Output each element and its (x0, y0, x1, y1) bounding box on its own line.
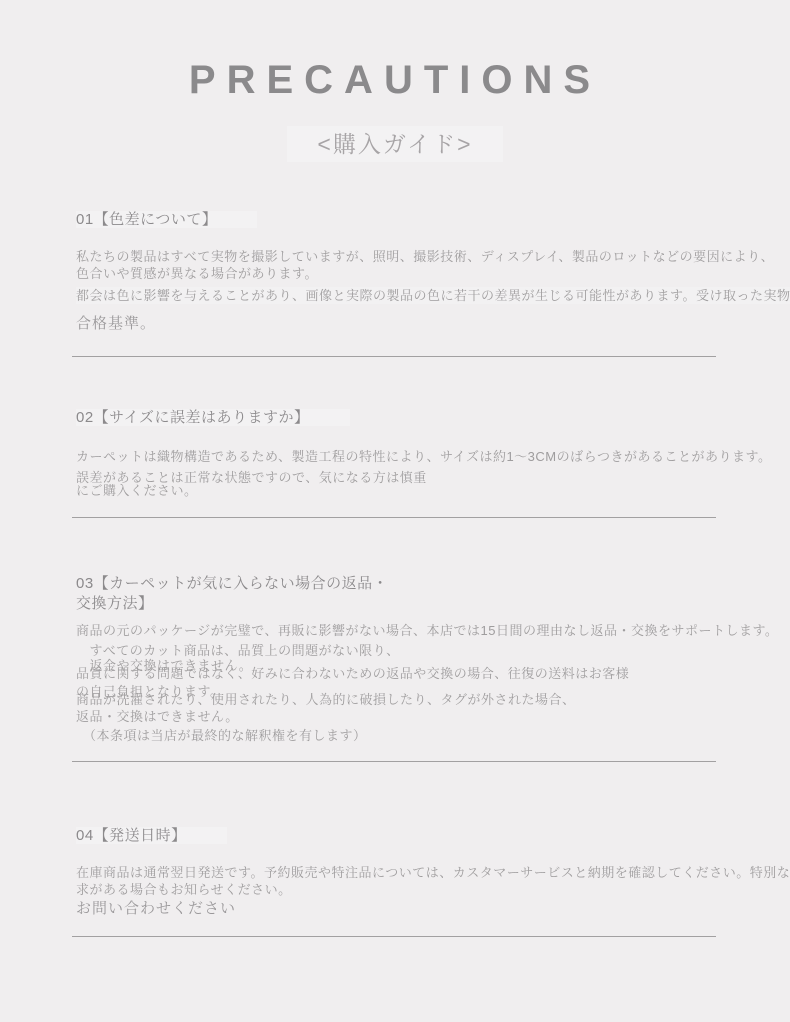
section-01-body: 私たちの製品はすべて実物を撮影していますが、照明、撮影技術、ディスプレイ、製品の… (76, 248, 790, 334)
page-title: PRECAUTIONS (0, 0, 790, 102)
guide-content: 01【色差について】 私たちの製品はすべて実物を撮影していますが、照明、撮影技術… (0, 210, 790, 937)
body-line: 私たちの製品はすべて実物を撮影していますが、照明、撮影技術、ディスプレイ、製品の… (76, 248, 790, 265)
body-line-emphasis: お問い合わせください (76, 899, 790, 919)
section-03-body: 商品の元のパッケージが完璧で、再販に影響がない場合、本店では15日間の理由なし返… (76, 622, 790, 744)
body-line: 在庫商品は通常翌日発送です。予約販売や特注品については、カスタマーサービスと納期… (76, 864, 790, 881)
section-04-body: 在庫商品は通常翌日発送です。予約販売や特注品については、カスタマーサービスと納期… (76, 864, 790, 919)
body-line: 返品・交換はできません。 (76, 708, 790, 725)
section-divider (72, 936, 716, 937)
section-02-heading: 02【サイズに誤差はありますか】 (76, 408, 790, 428)
heading-line-2: 交換方法】 (76, 594, 790, 614)
section-02-body: カーペットは織物構造であるため、製造工程の特性により、サイズは約1〜3CMのばら… (76, 448, 790, 499)
section-color-difference: 01【色差について】 私たちの製品はすべて実物を撮影していますが、照明、撮影技術… (76, 210, 790, 357)
section-returns-exchange: 03【カーペットが気に入らない場合の返品・ 交換方法】 商品の元のパッケージが完… (76, 574, 790, 762)
body-line: 求がある場合もお知らせください。 (76, 881, 790, 898)
page-subtitle: <購入ガイド> (287, 126, 502, 162)
section-divider (72, 356, 716, 357)
heading-line-1: 03【カーペットが気に入らない場合の返品・ (76, 574, 790, 594)
section-03-heading: 03【カーペットが気に入らない場合の返品・ 交換方法】 (76, 574, 790, 614)
body-line: （本条項は当店が最終的な解釈権を有します） (76, 727, 790, 744)
body-line: 品質に関する問題ではなく、好みに合わないための返品や交換の場合、往復の送料はお客… (76, 665, 790, 682)
section-shipping-date: 04【発送日時】 在庫商品は通常翌日発送です。予約販売や特注品については、カスタ… (76, 826, 790, 937)
section-01-heading: 01【色差について】 (76, 210, 790, 230)
body-line: 色合いや質感が異なる場合があります。 (76, 265, 790, 282)
body-line: 商品の元のパッケージが完璧で、再販に影響がない場合、本店では15日間の理由なし返… (76, 622, 790, 639)
precautions-page: PRECAUTIONS <購入ガイド> 01【色差について】 私たちの製品はすべ… (0, 0, 790, 1022)
body-line: 商品が洗濯されたり、使用されたり、人為的に破損したり、タグが外された場合、 (76, 691, 790, 708)
subtitle-row: <購入ガイド> (0, 126, 790, 162)
section-divider (72, 761, 716, 762)
section-04-heading: 04【発送日時】 (76, 826, 790, 846)
body-line: 都会は色に影響を与えることがあり、画像と実際の製品の色に若干の差異が生じる可能性… (76, 287, 790, 304)
body-line: カーペットは織物構造であるため、製造工程の特性により、サイズは約1〜3CMのばら… (76, 448, 790, 465)
body-line: にご購入ください。 (76, 482, 790, 499)
section-size-error: 02【サイズに誤差はありますか】 カーペットは織物構造であるため、製造工程の特性… (76, 408, 790, 518)
section-divider (72, 517, 716, 518)
body-line-emphasis: 合格基準。 (76, 314, 790, 334)
